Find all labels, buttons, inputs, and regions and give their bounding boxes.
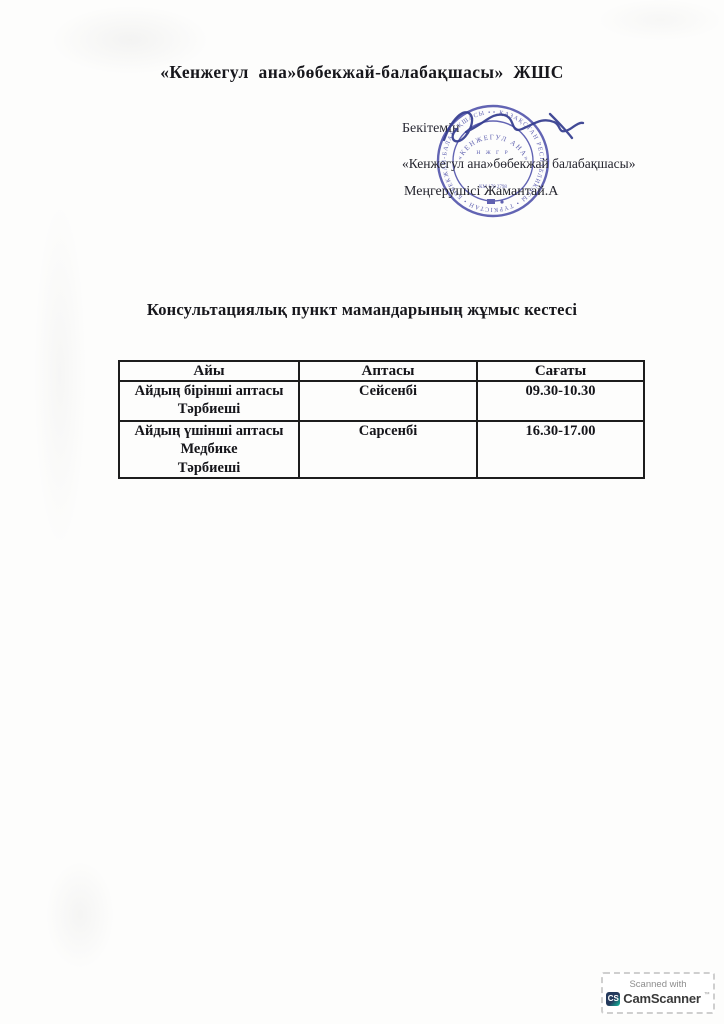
cell-time: 09.30-10.30 [477,381,644,421]
table-row: Айдың бірінші аптасы Тәрбиеші Сейсенбі 0… [119,381,644,421]
cell-week: Сейсенбі [299,381,477,421]
cell-month: Айдың бірінші аптасы Тәрбиеші [119,381,299,421]
work-schedule-table: Айы Аптасы Сағаты Айдың бірінші аптасы Т… [118,360,645,479]
schedule-title: Консультациялық пункт мамандарының жұмыс… [0,300,724,320]
scanned-page [0,0,724,1024]
manager-signature-line: Меңгерушісі Жамантай.А [404,184,558,200]
trademark-symbol: ™ [704,992,710,998]
camscanner-brand-label: CamScanner [623,991,700,1006]
column-header-week: Аптасы [299,361,477,381]
scanned-with-label: Scanned with [629,980,686,990]
table-row: Айдың үшінші аптасы Медбике Тәрбиеші Сар… [119,421,644,477]
column-header-time: Сағаты [477,361,644,381]
camscanner-watermark: Scanned with CS CamScanner ™ [601,972,715,1014]
handwritten-signature [430,100,590,160]
column-header-month: Айы [119,361,299,381]
camscanner-logo-icon: CS [606,992,620,1006]
approval-organization-line: «Кенжегул ана»бөбекжай балабақшасы» [402,156,635,172]
cell-month: Айдың үшінші аптасы Медбике Тәрбиеші [119,421,299,477]
cell-time: 16.30-17.00 [477,421,644,477]
cell-week: Сарсенбі [299,421,477,477]
table-header-row: Айы Аптасы Сағаты [119,361,644,381]
organization-title: «Кенжегул ана»бөбекжай-балабақшасы» ЖШС [0,62,724,83]
stamp-mark [500,200,503,203]
